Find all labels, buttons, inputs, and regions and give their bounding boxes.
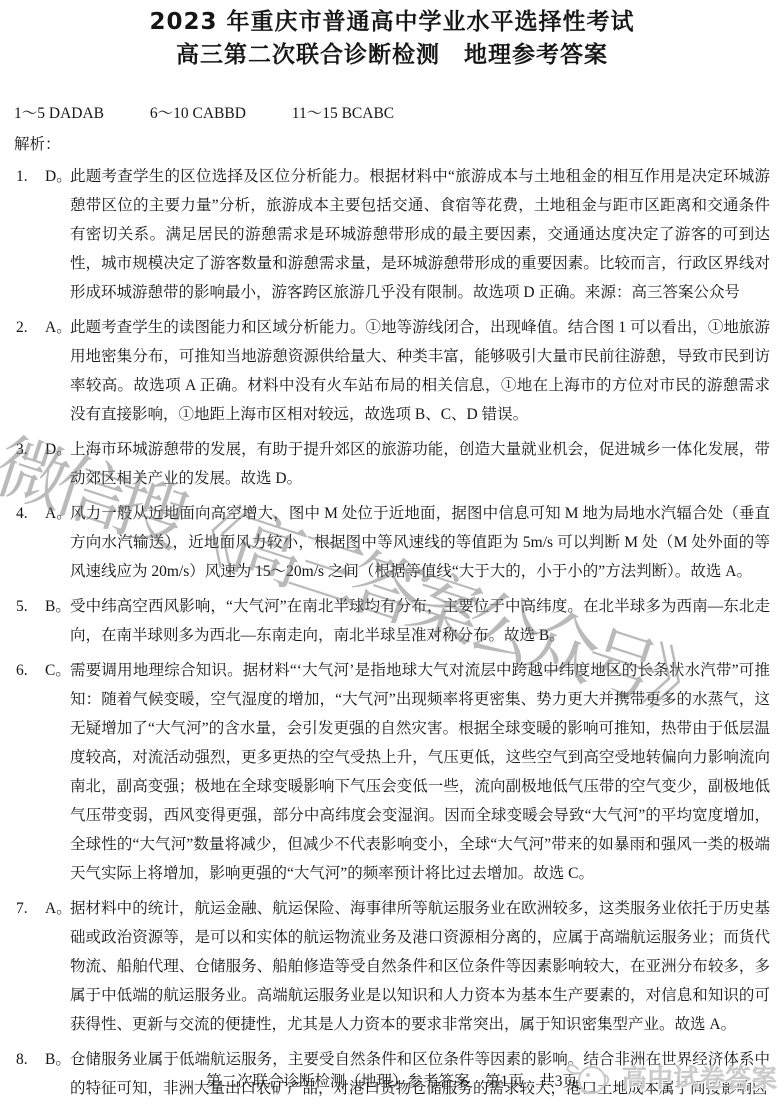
analysis-item-6: 6. C。 需要调用地理综合知识。据材料“‘大气河’是指地球大气对流层中跨越中纬… (14, 656, 770, 888)
analysis-item-2: 2. A。 此题考查学生的读图能力和区域分析能力。①地等游线闭合，出现峰值。结合… (14, 313, 770, 429)
document-header: 2023 年重庆市普通高中学业水平选择性考试 高三第二次联合诊断检测 地理参考答… (0, 0, 784, 72)
exam-title-line1: 2023 年重庆市普通高中学业水平选择性考试 (0, 6, 784, 39)
analysis-item-1: 1. D。 此题考查学生的区位选择及区位分析能力。根据材料中“旅游成本与土地租金… (14, 162, 770, 307)
item-number: 7. (16, 894, 28, 923)
item-explanation: 风力一般从近地面向高空增大，图中 M 处位于近地面，据图中信息可知 M 地为局地… (70, 505, 770, 580)
item-explanation: 需要调用地理综合知识。据材料“‘大气河’是指地球大气对流层中跨越中纬度地区的长条… (70, 662, 770, 882)
item-explanation: 上海市环城游憩带的发展，有助于提升郊区的旅游功能，创造大量就业机会，促进城乡一体… (70, 441, 770, 487)
analysis-items: 1. D。 此题考查学生的区位选择及区位分析能力。根据材料中“旅游成本与土地租金… (14, 162, 770, 1103)
item-answer-letter: D。 (45, 162, 72, 191)
answer-group-2: 6～10 CABBD (150, 105, 246, 122)
item-answer-letter: B。 (45, 592, 71, 621)
publisher-watermark-text: 高中试卷答案 (622, 1059, 778, 1095)
item-answer-letter: A。 (45, 499, 72, 528)
answer-group-1: 1～5 DADAB (14, 105, 104, 122)
answer-key-row: 1～5 DADAB 6～10 CABBD 11～15 BCABC (14, 103, 770, 125)
analysis-section-label: 解析： (14, 134, 770, 156)
answer-sheet-page: 2023 年重庆市普通高中学业水平选择性考试 高三第二次联合诊断检测 地理参考答… (0, 0, 784, 1109)
item-explanation: 此题考查学生的读图能力和区域分析能力。①地等游线闭合，出现峰值。结合图 1 可以… (70, 319, 770, 423)
item-explanation: 受中纬高空西风影响，“大气河”在南北半球均有分布，主要位于中高纬度。在北半球多为… (70, 598, 770, 644)
exam-title-line2: 高三第二次联合诊断检测 地理参考答案 (0, 39, 784, 72)
item-number: 5. (16, 592, 28, 621)
item-explanation: 此题考查学生的区位选择及区位分析能力。根据材料中“旅游成本与土地租金的相互作用是… (70, 168, 770, 301)
analysis-item-3: 3. D。 上海市环城游憩带的发展，有助于提升郊区的旅游功能，创造大量就业机会，… (14, 435, 770, 493)
publisher-watermark: 高中试卷答案 (564, 1057, 778, 1097)
item-answer-letter: C。 (45, 656, 71, 685)
item-number: 1. (16, 162, 28, 191)
bird-logo-icon (564, 1057, 616, 1097)
item-number: 3. (16, 435, 28, 464)
item-number: 6. (16, 656, 28, 685)
item-answer-letter: A。 (45, 313, 72, 342)
analysis-item-4: 4. A。 风力一般从近地面向高空增大，图中 M 处位于近地面，据图中信息可知 … (14, 499, 770, 586)
answer-group-3: 11～15 BCABC (292, 105, 394, 122)
item-explanation: 据材料中的统计，航运金融、航运保险、海事律所等航运服务业在欧洲较多，这类服务业依… (70, 900, 770, 1033)
document-body: 1～5 DADAB 6～10 CABBD 11～15 BCABC 解析： 1. … (0, 103, 784, 1103)
item-number: 2. (16, 313, 28, 342)
item-number: 4. (16, 499, 28, 528)
analysis-item-7: 7. A。 据材料中的统计，航运金融、航运保险、海事律所等航运服务业在欧洲较多，… (14, 894, 770, 1039)
analysis-item-5: 5. B。 受中纬高空西风影响，“大气河”在南北半球均有分布，主要位于中高纬度。… (14, 592, 770, 650)
item-answer-letter: A。 (45, 894, 72, 923)
item-answer-letter: D。 (45, 435, 72, 464)
